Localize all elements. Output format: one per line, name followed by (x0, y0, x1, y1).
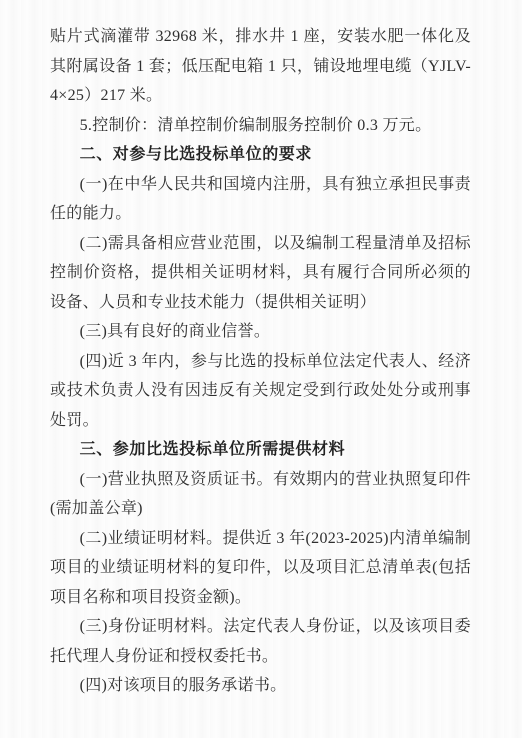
document-body: 贴片式滴灌带 32968 米，排水井 1 座，安装水肥一体化及其附属设备 1 套… (50, 22, 471, 701)
paragraph-material-service-commitment: (四)对该项目的服务承诺书。 (50, 671, 471, 701)
paragraph-requirement-no-penalty: (四)近 3 年内，参与比选的投标单位法定代表人、经济或技术负责人没有因违反有关… (50, 347, 471, 436)
paragraph-material-business-license: (一)营业执照及资质证书。有效期内的营业执照复印件(需加盖公章) (50, 465, 471, 524)
paragraph-requirement-reputation: (三)具有良好的商业信誉。 (50, 317, 471, 347)
section-heading-bidder-requirements: 二、对参与比选投标单位的要求 (50, 140, 471, 170)
section-heading-required-materials: 三、参加比选投标单位所需提供材料 (50, 435, 471, 465)
paragraph-scope-continuation: 贴片式滴灌带 32968 米，排水井 1 座，安装水肥一体化及其附属设备 1 套… (50, 22, 471, 111)
document-page: 贴片式滴灌带 32968 米，排水井 1 座，安装水肥一体化及其附属设备 1 套… (0, 0, 522, 738)
paragraph-material-performance-proof: (二)业绩证明材料。提供近 3 年(2023-2025)内清单编制项目的业绩证明… (50, 524, 471, 613)
paragraph-requirement-registration: (一)在中华人民共和国境内注册，具有独立承担民事责任的能力。 (50, 170, 471, 229)
paragraph-material-identity-proof: (三)身份证明材料。法定代表人身份证，以及该项目委托代理人身份证和授权委托书。 (50, 612, 471, 671)
paragraph-requirement-qualification: (二)需具备相应营业范围，以及编制工程量清单及招标控制价资格，提供相关证明材料，… (50, 229, 471, 318)
paragraph-control-price: 5.控制价：清单控制价编制服务控制价 0.3 万元。 (50, 111, 471, 141)
